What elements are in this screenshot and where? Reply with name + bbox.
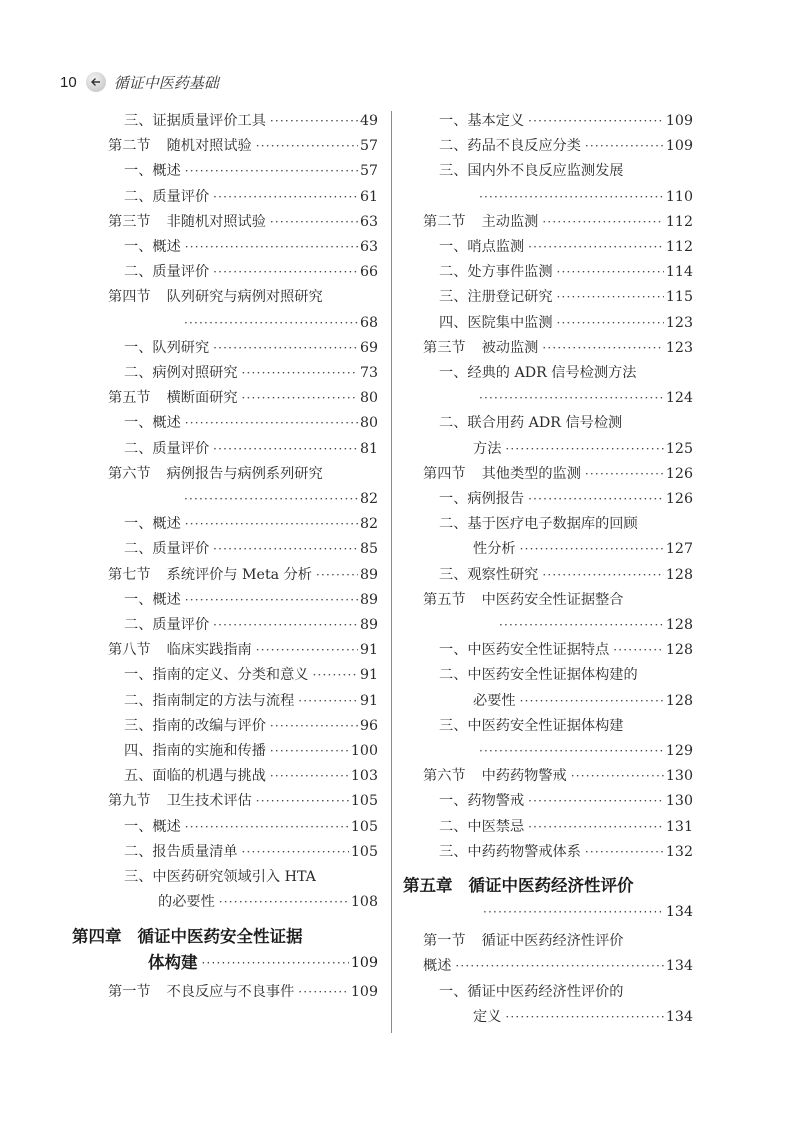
toc-entry-title: 第四节队列研究与病例对照研究 bbox=[108, 289, 323, 305]
toc-entry-label: 二、质量评价 bbox=[124, 541, 209, 557]
toc-page-number: 109 bbox=[666, 134, 693, 159]
toc-entry-number: 第三节 bbox=[423, 340, 466, 356]
leader-dots bbox=[242, 361, 358, 386]
toc-entry-number: 第五节 bbox=[423, 592, 466, 608]
toc-entry-title: 第一节不良反应与不良事件 bbox=[108, 980, 294, 1005]
toc-entry-label: 循证中医药安全性证据 bbox=[138, 927, 303, 946]
toc-page-number: 81 bbox=[360, 437, 378, 462]
toc-page-number: 63 bbox=[360, 210, 378, 235]
leader-dots bbox=[213, 260, 358, 285]
toc-entry[interactable]: 二、报告质量清单105 bbox=[72, 840, 378, 865]
toc-entry-label: 三、注册登记研究 bbox=[439, 289, 553, 305]
toc-page-number: 82 bbox=[360, 512, 378, 537]
toc-entry[interactable]: 一、队列研究69 bbox=[72, 336, 378, 361]
toc-entry[interactable]: 第四节其他类型的监测126 bbox=[403, 462, 693, 487]
leader-dots bbox=[585, 840, 664, 865]
toc-entry[interactable]: 二、质量评价89 bbox=[72, 613, 378, 638]
toc-entry-number: 第六节 bbox=[108, 466, 151, 482]
toc-page-number: 66 bbox=[360, 260, 378, 285]
toc-page-number: 89 bbox=[360, 563, 378, 588]
toc-entry[interactable]: 四、指南的实施和传播100 bbox=[72, 739, 378, 764]
toc-entry[interactable]: 三、国内外不良反应监测发展110 bbox=[403, 159, 693, 209]
leader-dots bbox=[185, 588, 358, 613]
leader-dots bbox=[557, 311, 664, 336]
toc-entry-number: 第四章 bbox=[72, 927, 122, 946]
toc-entry-title: 三、注册登记研究 bbox=[439, 285, 553, 310]
leader-dots bbox=[520, 689, 664, 714]
leader-dots bbox=[312, 663, 357, 688]
toc-page-number: 123 bbox=[666, 311, 693, 336]
leader-dots bbox=[242, 840, 349, 865]
toc-entry-label: 卫生技术评估 bbox=[167, 793, 252, 809]
leader-dots bbox=[256, 134, 358, 159]
toc-entry[interactable]: 第二节随机对照试验57 bbox=[72, 134, 378, 159]
toc-entry-number: 第五章 bbox=[403, 876, 453, 895]
toc-entry[interactable]: 三、中医药研究领域引入 HTA的必要性108 bbox=[72, 865, 378, 915]
toc-entry-title: 二、联合用药 ADR 信号检测 bbox=[439, 415, 622, 431]
toc-entry[interactable]: 二、药品不良反应分类109 bbox=[403, 134, 693, 159]
toc-page-number: 115 bbox=[666, 285, 693, 310]
toc-entry-number: 第四节 bbox=[108, 289, 151, 305]
toc-entry[interactable]: 第五章循证中医药经济性评价134 bbox=[403, 873, 693, 925]
toc-entry-label: 二、中医药安全性证据体构建的 bbox=[439, 667, 638, 683]
toc-page-number: 134 bbox=[666, 1005, 693, 1030]
toc-page-number: 132 bbox=[666, 840, 693, 865]
toc-page-number: 91 bbox=[360, 663, 378, 688]
toc-entry-title: 二、质量评价 bbox=[124, 260, 209, 285]
toc-page-number: 128 bbox=[666, 563, 693, 588]
toc-page-number: 112 bbox=[666, 235, 693, 260]
toc-page-number: 131 bbox=[666, 815, 693, 840]
toc-entry[interactable]: 二、处方事件监测114 bbox=[403, 260, 693, 285]
toc-entry-title: 一、队列研究 bbox=[124, 336, 209, 361]
toc-entry[interactable]: 三、中药药物警戒体系132 bbox=[403, 840, 693, 865]
toc-entry-title: 一、循证中医药经济性评价的 bbox=[439, 984, 623, 1000]
toc-entry-label: 三、国内外不良反应监测发展 bbox=[439, 163, 623, 179]
toc-page-number: 105 bbox=[351, 815, 378, 840]
toc-entry[interactable]: 一、哨点监测112 bbox=[403, 235, 693, 260]
toc-page-number: 89 bbox=[360, 613, 378, 638]
toc-entry-label: 被动监测 bbox=[482, 340, 539, 356]
toc-entry-label: 二、质量评价 bbox=[124, 441, 209, 457]
toc-page-number: 108 bbox=[351, 890, 378, 915]
leader-dots bbox=[270, 210, 358, 235]
toc-entry-title: 第三节非随机对照试验 bbox=[108, 210, 266, 235]
toc-entry-label: 循证中医药经济性评价 bbox=[469, 876, 634, 895]
toc-entry[interactable]: 二、中医禁忌131 bbox=[403, 815, 693, 840]
toc-entry-title: 二、指南制定的方法与流程 bbox=[124, 689, 294, 714]
toc-page-number: 105 bbox=[351, 789, 378, 814]
book-title: 循证中医药基础 bbox=[114, 72, 219, 93]
toc-entry-title: 三、指南的改编与评价 bbox=[124, 714, 266, 739]
toc-entry[interactable]: 第九节卫生技术评估105 bbox=[72, 789, 378, 814]
toc-entry-label: 一、概述 bbox=[124, 819, 181, 835]
toc-entry[interactable]: 二、质量评价81 bbox=[72, 437, 378, 462]
toc-page-number: 49 bbox=[360, 109, 378, 134]
toc-page-number: 89 bbox=[360, 588, 378, 613]
toc-entry-label: 二、药品不良反应分类 bbox=[439, 138, 581, 154]
toc-entry-label: 三、中医药安全性证据体构建 bbox=[439, 718, 623, 734]
toc-page-number: 128 bbox=[666, 689, 693, 714]
toc-entry-label: 三、证据质量评价工具 bbox=[124, 113, 266, 129]
toc-entry-title: 第六节病例报告与病例系列研究 bbox=[108, 466, 323, 482]
toc-entry[interactable]: 第二节主动监测112 bbox=[403, 210, 693, 235]
toc-entry[interactable]: 三、注册登记研究115 bbox=[403, 285, 693, 310]
toc-entry-title: 二、处方事件监测 bbox=[439, 260, 553, 285]
toc-page-number: 57 bbox=[360, 159, 378, 184]
toc-entry-title: 二、质量评价 bbox=[124, 613, 209, 638]
toc-entry-label: 一、概述 bbox=[124, 415, 181, 431]
toc-entry-label: 系统评价与 Meta 分析 bbox=[167, 567, 312, 583]
toc-entry[interactable]: 四、医院集中监测123 bbox=[403, 311, 693, 336]
toc-entry-label: 二、病例对照研究 bbox=[124, 365, 238, 381]
toc-entry-label: 中医药安全性证据整合 bbox=[482, 592, 624, 608]
toc-page-number: 109 bbox=[351, 950, 378, 976]
toc-entry[interactable]: 一、概述80 bbox=[72, 411, 378, 436]
toc-entry-title: 一、概述 bbox=[124, 235, 181, 260]
toc-entry-title: 四、指南的实施和传播 bbox=[124, 739, 266, 764]
leader-dots bbox=[483, 899, 664, 925]
toc-entry-label: 一、概述 bbox=[124, 163, 181, 179]
leader-dots bbox=[185, 512, 358, 537]
toc-page-number: 82 bbox=[360, 487, 378, 512]
leader-dots bbox=[479, 739, 664, 764]
toc-page-number: 123 bbox=[666, 336, 693, 361]
toc-entry[interactable]: 一、基本定义109 bbox=[403, 109, 693, 134]
leader-dots bbox=[455, 954, 664, 979]
leader-dots bbox=[479, 185, 664, 210]
toc-page-number: 69 bbox=[360, 336, 378, 361]
leader-dots bbox=[185, 815, 349, 840]
toc-entry-title: 二、质量评价 bbox=[124, 437, 209, 462]
toc-entry-number: 第九节 bbox=[108, 793, 151, 809]
toc-entry-title: 四、医院集中监测 bbox=[439, 311, 553, 336]
leader-dots bbox=[270, 764, 349, 789]
toc-entry[interactable]: 二、中医药安全性证据体构建的必要性128 bbox=[403, 663, 693, 713]
toc-entry-title: 第九节卫生技术评估 bbox=[108, 789, 252, 814]
leader-dots bbox=[213, 437, 358, 462]
leader-dots bbox=[542, 563, 664, 588]
toc-entry-label: 五、面临的机遇与挑战 bbox=[124, 768, 266, 784]
toc-entry-label-cont: 的必要性 bbox=[158, 890, 215, 915]
toc-entry[interactable]: 五、面临的机遇与挑战103 bbox=[72, 764, 378, 789]
toc-entry-title: 二、中医禁忌 bbox=[439, 815, 524, 840]
toc-entry-label-cont: 必要性 bbox=[473, 689, 516, 714]
toc-page-number: 126 bbox=[666, 462, 693, 487]
toc-entry-title: 一、概述 bbox=[124, 411, 181, 436]
leader-dots bbox=[542, 210, 664, 235]
leader-dots bbox=[499, 613, 664, 638]
leader-dots bbox=[202, 950, 349, 976]
toc-entry-title: 一、药物警戒 bbox=[439, 789, 524, 814]
leader-dots bbox=[185, 411, 358, 436]
toc-entry-label: 一、基本定义 bbox=[439, 113, 524, 129]
toc-entry[interactable]: 一、指南的定义、分类和意义91 bbox=[72, 663, 378, 688]
toc-page-number: 114 bbox=[666, 260, 693, 285]
toc-entry-title: 一、病例报告 bbox=[439, 487, 524, 512]
leader-dots bbox=[184, 311, 358, 336]
toc-entry-label: 三、观察性研究 bbox=[439, 567, 538, 583]
toc-entry-title: 第六节中药药物警戒 bbox=[423, 764, 567, 789]
toc-entry-label: 一、指南的定义、分类和意义 bbox=[124, 667, 308, 683]
toc-left-column: 三、证据质量评价工具49第二节随机对照试验57一、概述57二、质量评价61第三节… bbox=[72, 109, 378, 1005]
toc-entry-title: 二、质量评价 bbox=[124, 185, 209, 210]
toc-page-number: 68 bbox=[360, 311, 378, 336]
leader-dots bbox=[242, 386, 358, 411]
leader-dots bbox=[585, 462, 664, 487]
toc-entry[interactable]: 三、证据质量评价工具49 bbox=[72, 109, 378, 134]
leader-dots bbox=[520, 537, 664, 562]
leader-dots bbox=[213, 336, 358, 361]
toc-page-number: 112 bbox=[666, 210, 693, 235]
toc-entry-number: 第一节 bbox=[108, 984, 151, 1000]
leader-dots bbox=[528, 815, 664, 840]
toc-entry-title: 一、中医药安全性证据特点 bbox=[439, 638, 609, 663]
toc-entry-title: 第四章循证中医药安全性证据 bbox=[72, 927, 303, 946]
toc-entry[interactable]: 二、指南制定的方法与流程91 bbox=[72, 689, 378, 714]
toc-entry-title: 二、病例对照研究 bbox=[124, 361, 238, 386]
toc-entry-title: 三、中药药物警戒体系 bbox=[439, 840, 581, 865]
toc-entry[interactable]: 二、质量评价66 bbox=[72, 260, 378, 285]
toc-entry[interactable]: 一、循证中医药经济性评价的定义134 bbox=[403, 980, 693, 1030]
leader-dots bbox=[213, 185, 358, 210]
toc-entry-label: 临床实践指南 bbox=[167, 642, 252, 658]
toc-entry-title: 三、中医药研究领域引入 HTA bbox=[124, 869, 316, 885]
toc-entry-title: 第三节被动监测 bbox=[423, 336, 538, 361]
toc-page-number: 103 bbox=[351, 764, 378, 789]
toc-entry-title: 三、观察性研究 bbox=[439, 563, 538, 588]
toc-entry-label: 循证中医药经济性评价 bbox=[482, 933, 624, 949]
toc-entry-label: 四、指南的实施和传播 bbox=[124, 743, 266, 759]
toc-entry[interactable]: 一、病例报告126 bbox=[403, 487, 693, 512]
toc-entry[interactable]: 第八节临床实践指南91 bbox=[72, 638, 378, 663]
leader-dots bbox=[270, 739, 349, 764]
leader-dots bbox=[528, 109, 664, 134]
toc-entry[interactable]: 一、概述57 bbox=[72, 159, 378, 184]
leader-dots bbox=[585, 134, 664, 159]
toc-entry-label: 主动监测 bbox=[482, 214, 539, 230]
toc-entry-label: 中药药物警戒 bbox=[482, 768, 567, 784]
toc-entry[interactable]: 一、经典的 ADR 信号检测方法124 bbox=[403, 361, 693, 411]
toc-entry[interactable]: 三、指南的改编与评价96 bbox=[72, 714, 378, 739]
toc-entry-label: 二、质量评价 bbox=[124, 617, 209, 633]
toc-entry-label-cont: 方法 bbox=[473, 437, 501, 462]
toc-entry-title: 五、面临的机遇与挑战 bbox=[124, 764, 266, 789]
toc-page-number: 91 bbox=[360, 689, 378, 714]
toc-entry-title: 一、指南的定义、分类和意义 bbox=[124, 663, 308, 688]
toc-entry-title: 第四节其他类型的监测 bbox=[423, 462, 581, 487]
toc-entry-title: 二、基于医疗电子数据库的回顾 bbox=[439, 516, 638, 532]
toc-page-number: 134 bbox=[666, 899, 693, 925]
toc-entry-title: 二、质量评价 bbox=[124, 537, 209, 562]
toc-entry-title: 一、概述 bbox=[124, 512, 181, 537]
toc-page-number: 126 bbox=[666, 487, 693, 512]
leader-dots bbox=[571, 764, 664, 789]
toc-entry-label: 二、中医禁忌 bbox=[439, 819, 524, 835]
toc-page-number: 110 bbox=[666, 185, 693, 210]
toc-entry[interactable]: 第七节系统评价与 Meta 分析89 bbox=[72, 563, 378, 588]
toc-entry-title: 第一节循证中医药经济性评价 bbox=[423, 933, 623, 949]
toc-entry-label: 一、哨点监测 bbox=[439, 239, 524, 255]
toc-entry-label: 随机对照试验 bbox=[167, 138, 252, 154]
leader-dots bbox=[542, 336, 664, 361]
toc-entry-label: 二、质量评价 bbox=[124, 264, 209, 280]
leader-dots bbox=[219, 890, 349, 915]
toc-entry-label: 一、经典的 ADR 信号检测方法 bbox=[439, 365, 636, 381]
toc-entry-label: 二、指南制定的方法与流程 bbox=[124, 693, 294, 709]
toc-entry-label: 三、中医药研究领域引入 HTA bbox=[124, 869, 316, 885]
leader-dots bbox=[557, 260, 664, 285]
toc-page-number: 127 bbox=[666, 537, 693, 562]
toc-entry-title: 二、药品不良反应分类 bbox=[439, 134, 581, 159]
column-divider bbox=[391, 111, 392, 1033]
toc-entry[interactable]: 一、概述105 bbox=[72, 815, 378, 840]
toc-entry[interactable]: 第四节队列研究与病例对照研究68 bbox=[72, 285, 378, 335]
leader-dots bbox=[256, 638, 358, 663]
toc-entry-label: 三、中药药物警戒体系 bbox=[439, 844, 581, 860]
toc-entry-title: 第八节临床实践指南 bbox=[108, 638, 252, 663]
page-number: 10 bbox=[60, 74, 77, 91]
leader-dots bbox=[528, 789, 664, 814]
toc-entry-number: 第二节 bbox=[108, 138, 151, 154]
toc-entry-label: 一、中医药安全性证据特点 bbox=[439, 642, 609, 658]
toc-entry-title: 第五节中医药安全性证据整合 bbox=[423, 592, 623, 608]
toc-page-number: 124 bbox=[666, 386, 693, 411]
toc-entry-label-cont: 体构建 bbox=[148, 950, 198, 976]
toc-entry[interactable]: 第六节中药药物警戒130 bbox=[403, 764, 693, 789]
toc-entry[interactable]: 第五节横断面研究80 bbox=[72, 386, 378, 411]
toc-entry-number: 第七节 bbox=[108, 567, 151, 583]
toc-page-number: 130 bbox=[666, 764, 693, 789]
toc-entry-title: 三、中医药安全性证据体构建 bbox=[439, 718, 623, 734]
leader-dots bbox=[298, 689, 358, 714]
toc-entry-title: 三、证据质量评价工具 bbox=[124, 109, 266, 134]
leader-dots bbox=[213, 613, 358, 638]
leader-dots bbox=[528, 235, 664, 260]
toc-entry-label: 三、指南的改编与评价 bbox=[124, 718, 266, 734]
toc-entry[interactable]: 第三节非随机对照试验63 bbox=[72, 210, 378, 235]
leader-dots bbox=[298, 980, 349, 1005]
toc-entry[interactable]: 第五节中医药安全性证据整合128 bbox=[403, 588, 693, 638]
toc-page-number: 96 bbox=[360, 714, 378, 739]
toc-entry-label-cont: 性分析 bbox=[473, 537, 516, 562]
toc-entry-label: 队列研究与病例对照研究 bbox=[167, 289, 323, 305]
toc-entry-number: 第三节 bbox=[108, 214, 151, 230]
toc-entry-label: 不良反应与不良事件 bbox=[167, 984, 295, 1000]
toc-entry-label: 一、队列研究 bbox=[124, 340, 209, 356]
toc-page-number: 63 bbox=[360, 235, 378, 260]
leader-dots bbox=[479, 386, 664, 411]
toc-entry-title: 一、基本定义 bbox=[439, 109, 524, 134]
toc-entry-title: 一、经典的 ADR 信号检测方法 bbox=[439, 365, 636, 381]
toc-entry[interactable]: 第六节病例报告与病例系列研究82 bbox=[72, 462, 378, 512]
toc-entry[interactable]: 一、药物警戒130 bbox=[403, 789, 693, 814]
toc-entry-label: 二、基于医疗电子数据库的回顾 bbox=[439, 516, 638, 532]
toc-entry-label: 一、概述 bbox=[124, 516, 181, 532]
toc-entry-title: 二、报告质量清单 bbox=[124, 840, 238, 865]
page-header: 10 循证中医药基础 bbox=[60, 70, 219, 94]
toc-page-number: 128 bbox=[666, 638, 693, 663]
toc-entry[interactable]: 二、质量评价61 bbox=[72, 185, 378, 210]
toc-entry-label: 一、概述 bbox=[124, 592, 181, 608]
toc-entry-title: 第七节系统评价与 Meta 分析 bbox=[108, 563, 312, 588]
toc-entry[interactable]: 一、概述89 bbox=[72, 588, 378, 613]
leader-dots bbox=[528, 487, 664, 512]
toc-page-number: 61 bbox=[360, 185, 378, 210]
toc-entry[interactable]: 一、概述63 bbox=[72, 235, 378, 260]
toc-page-number: 91 bbox=[360, 638, 378, 663]
toc-entry-label: 一、循证中医药经济性评价的 bbox=[439, 984, 623, 1000]
toc-entry-label: 二、质量评价 bbox=[124, 189, 209, 205]
leader-dots bbox=[184, 487, 358, 512]
toc-entry-number: 第二节 bbox=[423, 214, 466, 230]
toc-page-number: 134 bbox=[666, 954, 693, 979]
toc-entry[interactable]: 第一节不良反应与不良事件109 bbox=[72, 980, 378, 1005]
toc-entry-title: 一、哨点监测 bbox=[439, 235, 524, 260]
toc-entry[interactable]: 第四章循证中医药安全性证据体构建109 bbox=[72, 924, 378, 976]
leader-dots bbox=[505, 437, 664, 462]
toc-entry[interactable]: 二、联合用药 ADR 信号检测方法125 bbox=[403, 411, 693, 461]
toc-entry-label: 二、报告质量清单 bbox=[124, 844, 238, 860]
toc-page-number: 109 bbox=[351, 980, 378, 1005]
leader-dots bbox=[185, 235, 358, 260]
toc-entry-title: 一、概述 bbox=[124, 588, 181, 613]
toc-entry[interactable]: 第三节被动监测123 bbox=[403, 336, 693, 361]
leader-dots bbox=[256, 789, 349, 814]
toc-entry-title: 第二节主动监测 bbox=[423, 210, 538, 235]
toc-entry-label: 其他类型的监测 bbox=[482, 466, 581, 482]
toc-entry-title: 第五节横断面研究 bbox=[108, 386, 238, 411]
back-arrow-icon bbox=[86, 72, 106, 92]
toc-entry-title: 二、中医药安全性证据体构建的 bbox=[439, 667, 638, 683]
toc-entry[interactable]: 二、病例对照研究73 bbox=[72, 361, 378, 386]
leader-dots bbox=[270, 714, 358, 739]
toc-entry-number: 第一节 bbox=[423, 933, 466, 949]
toc-entry[interactable]: 二、基于医疗电子数据库的回顾性分析127 bbox=[403, 512, 693, 562]
toc-entry[interactable]: 二、质量评价85 bbox=[72, 537, 378, 562]
leader-dots bbox=[505, 1005, 664, 1030]
toc-page-number: 73 bbox=[360, 361, 378, 386]
toc-entry-number: 第四节 bbox=[423, 466, 466, 482]
toc-entry[interactable]: 一、中医药安全性证据特点128 bbox=[403, 638, 693, 663]
leader-dots bbox=[316, 563, 358, 588]
toc-entry-title: 一、概述 bbox=[124, 159, 181, 184]
toc-page-number: 80 bbox=[360, 411, 378, 436]
toc-page-number: 80 bbox=[360, 386, 378, 411]
toc-page-number: 100 bbox=[351, 739, 378, 764]
toc-entry[interactable]: 三、观察性研究128 bbox=[403, 563, 693, 588]
toc-entry-label: 一、药物警戒 bbox=[439, 793, 524, 809]
toc-right-column: 一、基本定义109二、药品不良反应分类109三、国内外不良反应监测发展110第二… bbox=[403, 109, 693, 1030]
toc-entry-title: 第五章循证中医药经济性评价 bbox=[403, 876, 634, 895]
toc-entry-number: 第六节 bbox=[423, 768, 466, 784]
leader-dots bbox=[270, 109, 358, 134]
toc-entry-label: 四、医院集中监测 bbox=[439, 315, 553, 331]
toc-entry[interactable]: 第一节循证中医药经济性评价概述134 bbox=[403, 929, 693, 979]
toc-entry[interactable]: 三、中医药安全性证据体构建129 bbox=[403, 714, 693, 764]
toc-entry-label: 二、联合用药 ADR 信号检测 bbox=[439, 415, 622, 431]
toc-entry-label: 一、概述 bbox=[124, 239, 181, 255]
leader-dots bbox=[185, 159, 358, 184]
toc-page-number: 57 bbox=[360, 134, 378, 159]
toc-entry-number: 第八节 bbox=[108, 642, 151, 658]
toc-entry-label: 非随机对照试验 bbox=[167, 214, 266, 230]
toc-entry[interactable]: 一、概述82 bbox=[72, 512, 378, 537]
toc-entry-title: 三、国内外不良反应监测发展 bbox=[439, 163, 623, 179]
leader-dots bbox=[557, 285, 664, 310]
toc-page-number: 125 bbox=[666, 437, 693, 462]
toc-entry-label: 一、病例报告 bbox=[439, 491, 524, 507]
